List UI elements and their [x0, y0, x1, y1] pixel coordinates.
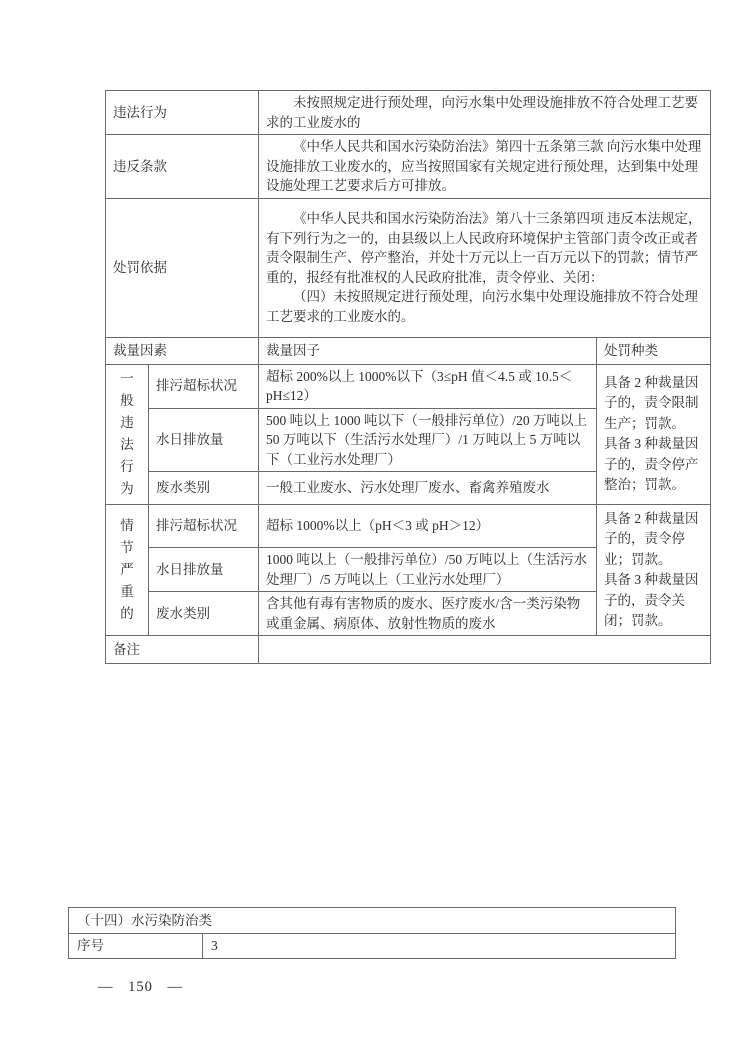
document-page: 违法行为 未按照规定进行预处理，向污水集中处理设施排放不符合处理工艺要求的工业废… — [0, 0, 744, 1052]
serial-label: 序号 — [69, 934, 203, 959]
basis-label: 处罚依据 — [106, 198, 259, 337]
table-row-severe-exceed: 情节严重的 排污超标状况 超标 1000%以上（pH＜3 或 pH＞12） 具备… — [106, 505, 711, 548]
violation-text: 未按照规定进行预处理，向污水集中处理设施排放不符合处理工艺要求的工业废水的 — [266, 93, 703, 132]
general-penalty-cell: 具备 2 种裁量因子的，责令限制生产；罚款。 具备 3 种裁量因子的，责令停产整… — [597, 364, 711, 505]
remark-label: 备注 — [106, 636, 259, 664]
general-discharge-value: 500 吨以上 1000 吨以下（一般排污单位）/20 万吨以上 50 万吨以下… — [259, 408, 597, 472]
table-row-basis: 处罚依据 《中华人民共和国水污染防治法》第八十三条第四项 违反本法规定，有下列行… — [106, 198, 711, 337]
table-row-category-title: （十四）水污染防治类 — [69, 908, 676, 934]
severe-wastewater-factor: 废水类别 — [149, 592, 259, 636]
basis-paragraph-1: 《中华人民共和国水污染防治法》第八十三条第四项 违反本法规定，有下列行为之一的，… — [266, 209, 703, 287]
basis-paragraph-2: （四）未按照规定进行预处理，向污水集中处理设施排放不符合处理工艺要求的工业废水的… — [266, 287, 703, 326]
table-row-violation: 违法行为 未按照规定进行预处理，向污水集中处理设施排放不符合处理工艺要求的工业废… — [106, 91, 711, 135]
penalty-discretion-table: 违法行为 未按照规定进行预处理，向污水集中处理设施排放不符合处理工艺要求的工业废… — [105, 90, 711, 664]
table-row-remark: 备注 — [106, 636, 711, 664]
severe-penalty-line-1: 具备 2 种裁量因子的，责令停业；罚款。 — [604, 509, 703, 571]
severe-exceed-factor: 排污超标状况 — [149, 505, 259, 548]
general-penalty-line-1: 具备 2 种裁量因子的，责令限制生产；罚款。 — [604, 373, 703, 435]
general-exceed-factor: 排污超标状况 — [149, 364, 259, 408]
discretion-factor-header: 裁量因素 — [106, 337, 259, 364]
general-penalty-line-2: 具备 3 种裁量因子的，责令停产整治；罚款。 — [604, 434, 703, 496]
remark-value — [259, 636, 711, 664]
severe-exceed-value: 超标 1000%以上（pH＜3 或 pH＞12） — [259, 505, 597, 548]
severe-discharge-factor: 水日排放量 — [149, 548, 259, 592]
penalty-type-header: 处罚种类 — [597, 337, 711, 364]
severe-category-label: 情节严重的 — [119, 515, 135, 625]
clause-text: 《中华人民共和国水污染防治法》第四十五条第三款 向污水集中处理设施排放工业废水的… — [266, 137, 703, 196]
severe-wastewater-value: 含其他有毒有害物质的废水、医疗废水/含一类污染物或重金属、病原体、放射性物质的废… — [259, 592, 597, 636]
table-row-serial: 序号 3 — [69, 934, 676, 959]
page-number: — 150 — — [98, 979, 183, 996]
clause-text-cell: 《中华人民共和国水污染防治法》第四十五条第三款 向污水集中处理设施排放工业废水的… — [259, 135, 711, 199]
general-exceed-value: 超标 200%以上 1000%以下（3≤pH 值＜4.5 或 10.5＜pH≤1… — [259, 364, 597, 408]
severe-penalty-cell: 具备 2 种裁量因子的，责令停业；罚款。 具备 3 种裁量因子的，责令关闭；罚款… — [597, 505, 711, 636]
general-wastewater-value: 一般工业废水、污水处理厂废水、畜禽养殖废水 — [259, 472, 597, 505]
general-category-label: 一般违法行为 — [119, 368, 135, 500]
violation-label: 违法行为 — [106, 91, 259, 135]
table-row-discretion-header: 裁量因素 裁量因子 处罚种类 — [106, 337, 711, 364]
category-title: （十四）水污染防治类 — [69, 908, 676, 934]
general-category-cell: 一般违法行为 — [106, 364, 149, 505]
general-wastewater-factor: 废水类别 — [149, 472, 259, 505]
general-discharge-factor: 水日排放量 — [149, 408, 259, 472]
violation-text-cell: 未按照规定进行预处理，向污水集中处理设施排放不符合处理工艺要求的工业废水的 — [259, 91, 711, 135]
clause-label: 违反条款 — [106, 135, 259, 199]
table-row-general-exceed: 一般违法行为 排污超标状况 超标 200%以上 1000%以下（3≤pH 值＜4… — [106, 364, 711, 408]
basis-text-cell: 《中华人民共和国水污染防治法》第八十三条第四项 违反本法规定，有下列行为之一的，… — [259, 198, 711, 337]
next-entry-table: （十四）水污染防治类 序号 3 — [68, 907, 676, 959]
table-row-clause: 违反条款 《中华人民共和国水污染防治法》第四十五条第三款 向污水集中处理设施排放… — [106, 135, 711, 199]
serial-value: 3 — [203, 934, 676, 959]
severe-penalty-line-2: 具备 3 种裁量因子的，责令关闭；罚款。 — [604, 570, 703, 632]
severe-category-cell: 情节严重的 — [106, 505, 149, 636]
discretion-subfactor-header: 裁量因子 — [259, 337, 597, 364]
severe-discharge-value: 1000 吨以上（一般排污单位）/50 万吨以上（生活污水处理厂）/5 万吨以上… — [259, 548, 597, 592]
